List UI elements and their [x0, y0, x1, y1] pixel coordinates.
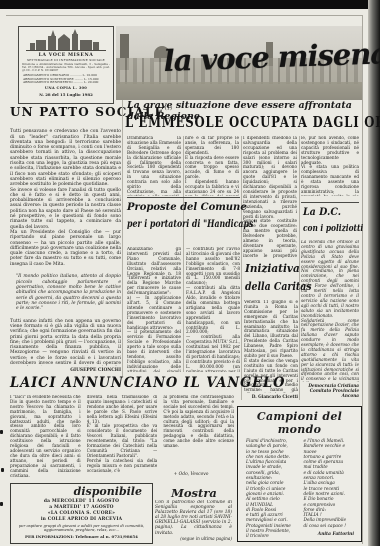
disponibile-title: disponibile — [11, 484, 152, 498]
scan-edge-right — [368, 0, 380, 546]
main-article-col2: nire e di far proprie le ansie, la soffe… — [185, 136, 239, 196]
main-article-col3: I dipendenti chiedono la salvaguardia de… — [243, 136, 297, 258]
dc-body: La vicenda che ordisce al centro di una … — [301, 240, 359, 382]
campioni-signature: Anita Fattorini — [318, 532, 354, 537]
patto-sociale-headline: UN PATTO SOCIALE(1) — [10, 101, 122, 120]
masthead-town-sketch-icon — [22, 28, 110, 52]
masthead-info-box: LA VOCE MISENA SETTIMANALE DI INFORMAZIO… — [18, 26, 114, 104]
caritas-signature: D. Giancarlo Cicetti — [244, 394, 298, 399]
section-rule — [127, 197, 240, 198]
scan-speck — [1, 468, 4, 472]
campioni-box: Campioni del mondo Fiumi d'inchiostro, v… — [237, 406, 362, 542]
disponibile-box: disponibile da MERCOLEDI' 11 AGOSTO a MA… — [10, 483, 153, 544]
column-rule — [241, 136, 242, 400]
continuation-note: (segue in ultima pagina) — [155, 536, 232, 541]
main-article-col4: le, pur non avendo, come sostengono i si… — [301, 136, 359, 196]
laici-body: I "laici" in evidente necessità che Dio … — [10, 395, 234, 477]
issue-date: N. 28 del 15 Luglio 1982 — [19, 92, 113, 97]
campioni-title: Campioni del mondo — [238, 410, 361, 436]
scan-edge-top — [0, 0, 380, 9]
laici-col1: I "laici" in evidente necessità che Dio … — [10, 395, 81, 477]
caritas-headline-line1: Iniziativa — [245, 262, 300, 275]
dc-signature: Democrazia Cristiana Comitato Provincial… — [301, 383, 359, 398]
newspaper-front-page: LA VOCE MISENA SETTIMANALE DI INFORMAZIO… — [0, 0, 380, 546]
column-rule — [122, 100, 123, 376]
scan-speck — [0, 502, 3, 506]
scan-speck — [0, 430, 3, 434]
page-frame-top-rule — [6, 15, 363, 16]
campioni-poem: Fiumi d'inchiostro, valanghe di parole, … — [238, 436, 361, 540]
handicaps-headline-line1: Proposte del Comune — [127, 201, 247, 213]
mostra-body: Con il patrocinio del Comune di Senigall… — [155, 500, 232, 534]
laici-headline: LAICI ANNUNCIANO IL VANGELO — [10, 375, 285, 391]
patto-sociale-body: Tutti pensavano e credevano che con l'av… — [10, 124, 121, 366]
handicaps-body: Analizziamo gli interventi previsti dal … — [127, 247, 240, 372]
laici-col3: ai problemi che contrassegnano la vita p… — [163, 395, 234, 449]
mostra-headline: Mostra — [155, 486, 233, 500]
disponibile-contact: PER INFORMAZIONI: Telefonare al n. 0731/… — [11, 534, 152, 539]
patto-quote: "Il mondo politico italiano, attento al … — [16, 274, 121, 311]
page-frame-right-rule — [362, 15, 363, 544]
masthead-small-print: Direzione e Amministrazione: Piazza Gari… — [19, 62, 113, 74]
poem-left-column: Fiumi d'inchiostro, valanghe di parole, … — [246, 439, 298, 540]
main-article-col1: Drammatica la situazione alla Emmesole d… — [127, 136, 181, 196]
newspaper-title-script: la voce misena — [163, 37, 369, 78]
disponibile-note: per ospitare gruppi di giovani e adulti … — [11, 523, 152, 533]
dc-headline-line2: con i poliziotti — [303, 223, 363, 234]
foreground-band — [116, 82, 362, 100]
copy-price: UNA COPIA L. 300 — [19, 86, 113, 90]
section-rule — [301, 202, 359, 203]
handicaps-headline-line2: per i portatori di "Handicaps" — [127, 219, 257, 230]
patto-signature: GIUSEPPE CIONCHI — [10, 368, 121, 373]
subscription-rate: ABBONAMENTO BENEMERITO .......... L. 20.… — [19, 81, 113, 85]
dc-headline-line1: La D.C. — [303, 207, 341, 218]
handicaps-col1: Analizziamo gli interventi previsti dal … — [127, 247, 181, 372]
laici-signature: + Odo, Vescovo — [152, 472, 230, 477]
handicaps-col2: — contributi per l'avvio al tirocinio di… — [186, 247, 240, 372]
patto-body-part2: Tutti sanno infatti che non appena un go… — [10, 319, 121, 366]
disponibile-schedule: da MERCOLEDI' 11 AGOSTO a MARTEDI' 17 AG… — [11, 499, 152, 523]
patto-body-part1: Tutti pensavano e credevano che con l'av… — [10, 129, 121, 267]
poem-right-column: e l'Inno di Mameli. Bandiere vecchie e n… — [304, 439, 356, 540]
laici-col2: diventa nella trasmissione di quanto ins… — [87, 395, 158, 474]
main-article-headline: L'EMMESOLE OCCUPATA DAGLI OPERAI — [125, 113, 380, 131]
